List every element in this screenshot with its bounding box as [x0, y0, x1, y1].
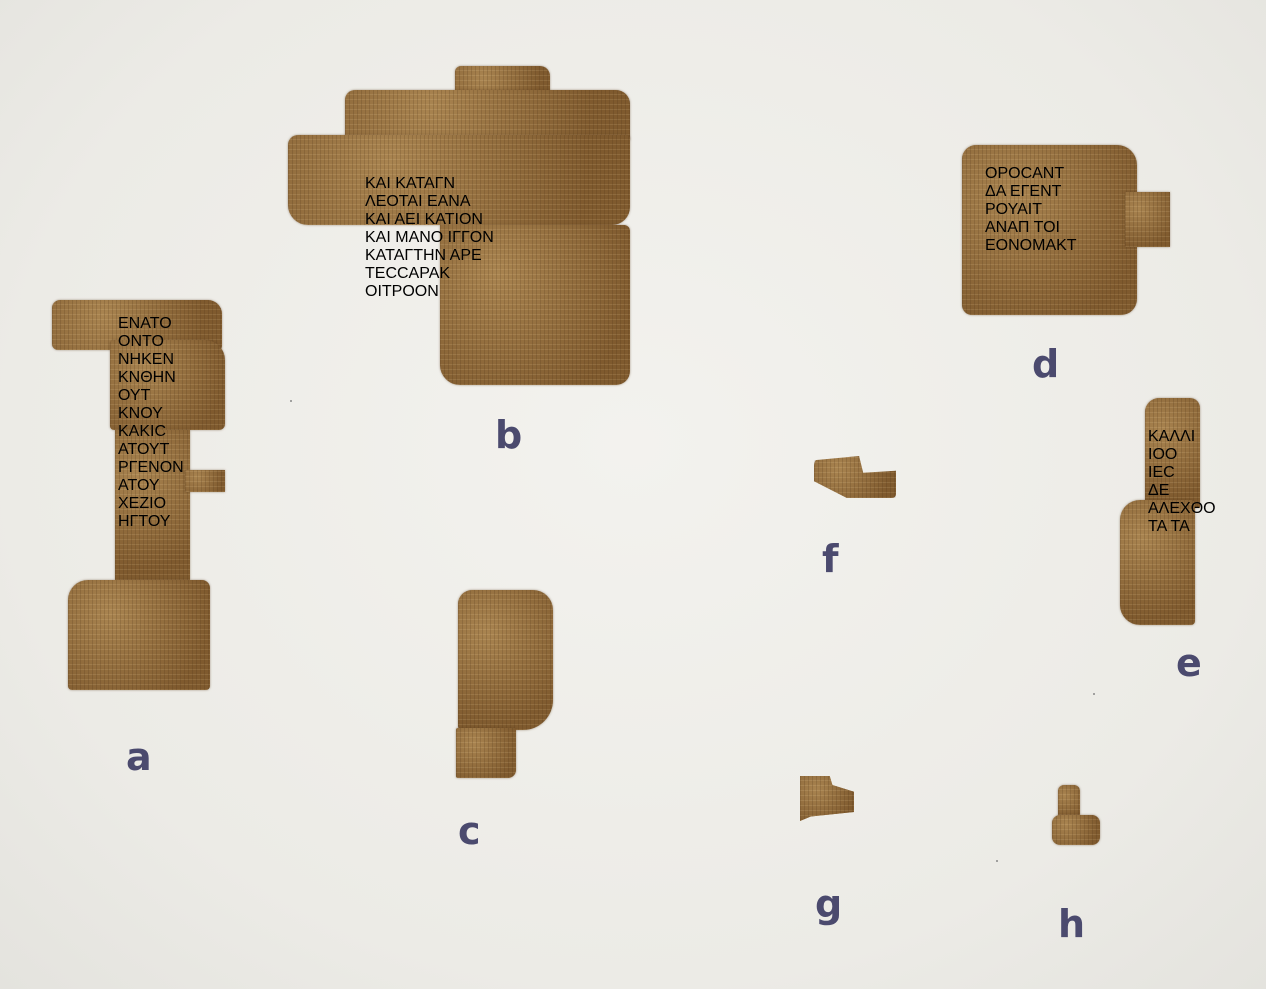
text-line: ΡΓΕΝΟΝ — [118, 459, 218, 477]
fragment-h-bottom — [1052, 815, 1100, 845]
text-line: ΡΟΥΑΙΤ — [985, 201, 1155, 219]
text-line: ΟΡΟCΑΝΤ — [985, 165, 1155, 183]
text-line: ΟΥΤ — [118, 387, 218, 405]
label-c: c — [458, 812, 481, 850]
fragment-c-lower — [456, 728, 516, 778]
text-line: ΙΕC ΔΕ — [1148, 464, 1198, 500]
text-line: ΙΟΟ — [1148, 446, 1198, 464]
text-line: ΕΝΑΤΟ — [118, 315, 218, 333]
speck — [996, 860, 998, 862]
label-e: e — [1176, 644, 1202, 682]
label-b: b — [495, 416, 522, 454]
text-line: ΝΗΚΕΝ — [118, 351, 218, 369]
text-line: ΤΕCCΑΡΑΚ — [365, 265, 630, 283]
text-line: ΚΑΚΙC — [118, 423, 218, 441]
text-line: ΟΙΤΡΟΟΝ — [365, 283, 630, 301]
text-line: ΚΑΙ ΜΑΝΟ ΙΓΓΟΝ — [365, 229, 630, 247]
text-line: ΑΤΟΥΤ — [118, 441, 218, 459]
text-line: ΗΓΤΟΥ — [118, 513, 218, 531]
text-line: ΚΑΛΛΙ — [1148, 428, 1198, 446]
text-line: ΚΑΙ ΑΕΙ ΚΑΤΙΟΝ — [365, 211, 630, 229]
text-line: ΚΑΙ ΚΑΤΑΓΝ — [365, 175, 630, 193]
text-line: ΛΕΟΤΑΙ ΕΑΝΑ — [365, 193, 630, 211]
text-line: ΕΟΝΟΜΑΚΤ — [985, 237, 1155, 255]
text-line: ΔΑ ΕΓΕΝΤ — [985, 183, 1155, 201]
fragment-a-text: ΕΝΑΤΟ ΟΝΤΟ ΝΗΚΕΝ ΚΝΘΗΝ ΟΥΤ ΚΝΟΥ ΚΑΚΙC ΑΤ… — [118, 315, 218, 695]
text-line: ΚΝΘΗΝ — [118, 369, 218, 387]
fragment-e-text: ΚΑΛΛΙ ΙΟΟ ΙΕC ΔΕ ΑΛΕΧΘΟ ΤΑ ΤΑ — [1148, 428, 1198, 558]
speck — [290, 400, 292, 402]
text-line: ΚΝΟΥ — [118, 405, 218, 423]
label-d: d — [1032, 345, 1059, 383]
label-f: f — [822, 540, 839, 578]
text-line: ΑΝΑΠ ΤΟΙ — [985, 219, 1155, 237]
text-line: ΟΝΤΟ — [118, 333, 218, 351]
text-line: ΑΤΟΥ — [118, 477, 218, 495]
speck — [1093, 693, 1095, 695]
text-line: ΤΑ ΤΑ — [1148, 518, 1198, 536]
fragment-b-text: ΚΑΙ ΚΑΤΑΓΝ ΛΕΟΤΑΙ ΕΑΝΑ ΚΑΙ ΑΕΙ ΚΑΤΙΟΝ ΚΑ… — [365, 175, 630, 375]
text-line: ΑΛΕΧΘΟ — [1148, 500, 1198, 518]
label-g: g — [815, 885, 842, 923]
label-h: h — [1058, 905, 1085, 943]
fragment-d-text: ΟΡΟCΑΝΤ ΔΑ ΕΓΕΝΤ ΡΟΥΑΙΤ ΑΝΑΠ ΤΟΙ ΕΟΝΟΜΑΚ… — [985, 165, 1155, 305]
fragment-f — [814, 456, 896, 498]
text-line: ΧΕΖΙΟ — [118, 495, 218, 513]
fragment-c-upper — [458, 590, 553, 730]
photo-background: ΕΝΑΤΟ ΟΝΤΟ ΝΗΚΕΝ ΚΝΘΗΝ ΟΥΤ ΚΝΟΥ ΚΑΚΙC ΑΤ… — [0, 0, 1266, 989]
text-line: ΚΑΤΑΓΤΗΝ ΑΡΕ — [365, 247, 630, 265]
fragment-b-upper — [345, 90, 630, 140]
label-a: a — [126, 738, 152, 776]
fragment-g — [800, 776, 854, 821]
